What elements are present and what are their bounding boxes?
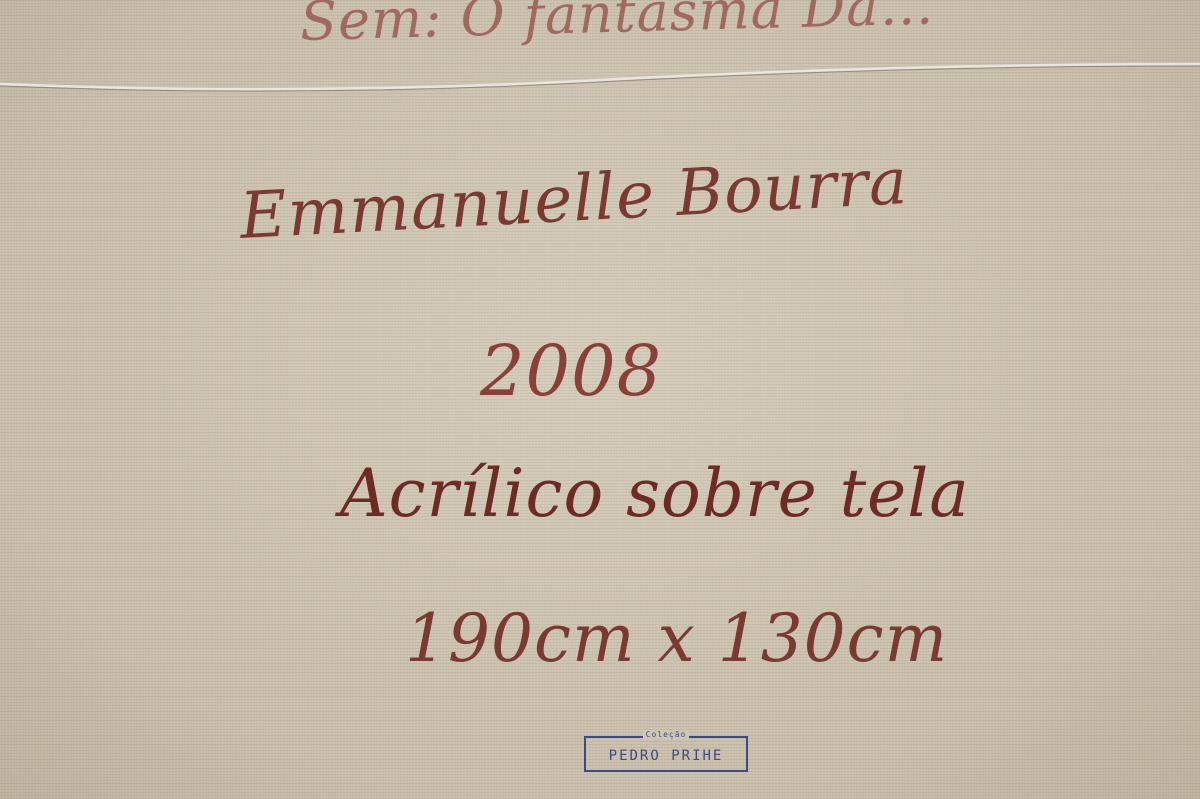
canvas-back: Sem: O fantasma Da… Emmanuelle Bourra 20… — [0, 0, 1200, 799]
collection-stamp: Coleção PEDRO PRIHE — [584, 736, 748, 772]
title-inscription: Sem: O fantasma Da… — [299, 0, 935, 53]
stamp-top-text: Coleção — [643, 730, 690, 739]
artist-signature: Emmanuelle Bourra — [238, 145, 910, 254]
year-inscription: 2008 — [480, 330, 662, 412]
medium-inscription: Acrílico sobre tela — [340, 455, 970, 532]
stamp-main-text: PEDRO PRIHE — [586, 748, 746, 764]
hanging-wire — [0, 62, 1200, 102]
dimensions-inscription: 190cm x 130cm — [405, 600, 948, 677]
